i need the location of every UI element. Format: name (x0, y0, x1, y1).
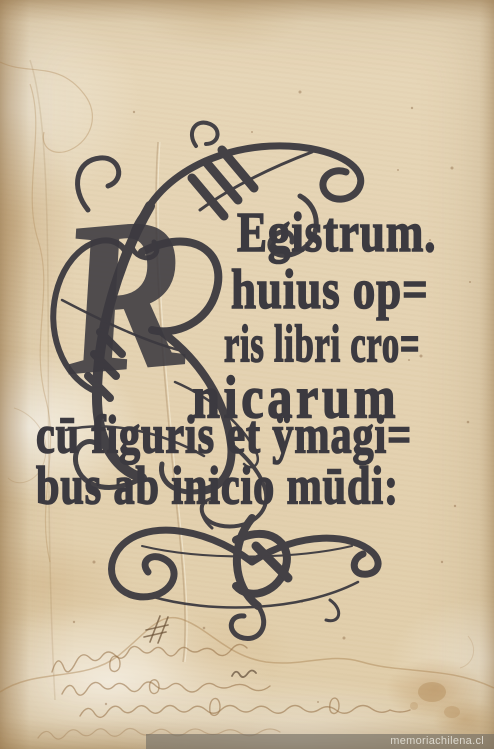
handwritten-inscription (38, 616, 410, 739)
illuminated-initial-R: R (54, 181, 195, 408)
manuscript-line-6: bus ab inicio mūdi: (36, 460, 399, 514)
hash-mark (144, 616, 168, 643)
manuscript-page-scan: R Egistrum. huius op= ris libri cro= nic… (0, 0, 494, 749)
manuscript-line-3: ris libri cro= (224, 318, 420, 370)
manuscript-line-1: Egistrum. (237, 204, 436, 260)
watermark-text: memoriachilena.cl (390, 734, 484, 749)
bottom-flourish-ornament (112, 498, 379, 639)
ink-blotches (410, 682, 460, 718)
watermark-bar: memoriachilena.cl (146, 734, 494, 749)
manuscript-line-5: cū figuris et ÿmagi= (36, 409, 412, 463)
manuscript-line-2: huius op= (231, 261, 429, 317)
